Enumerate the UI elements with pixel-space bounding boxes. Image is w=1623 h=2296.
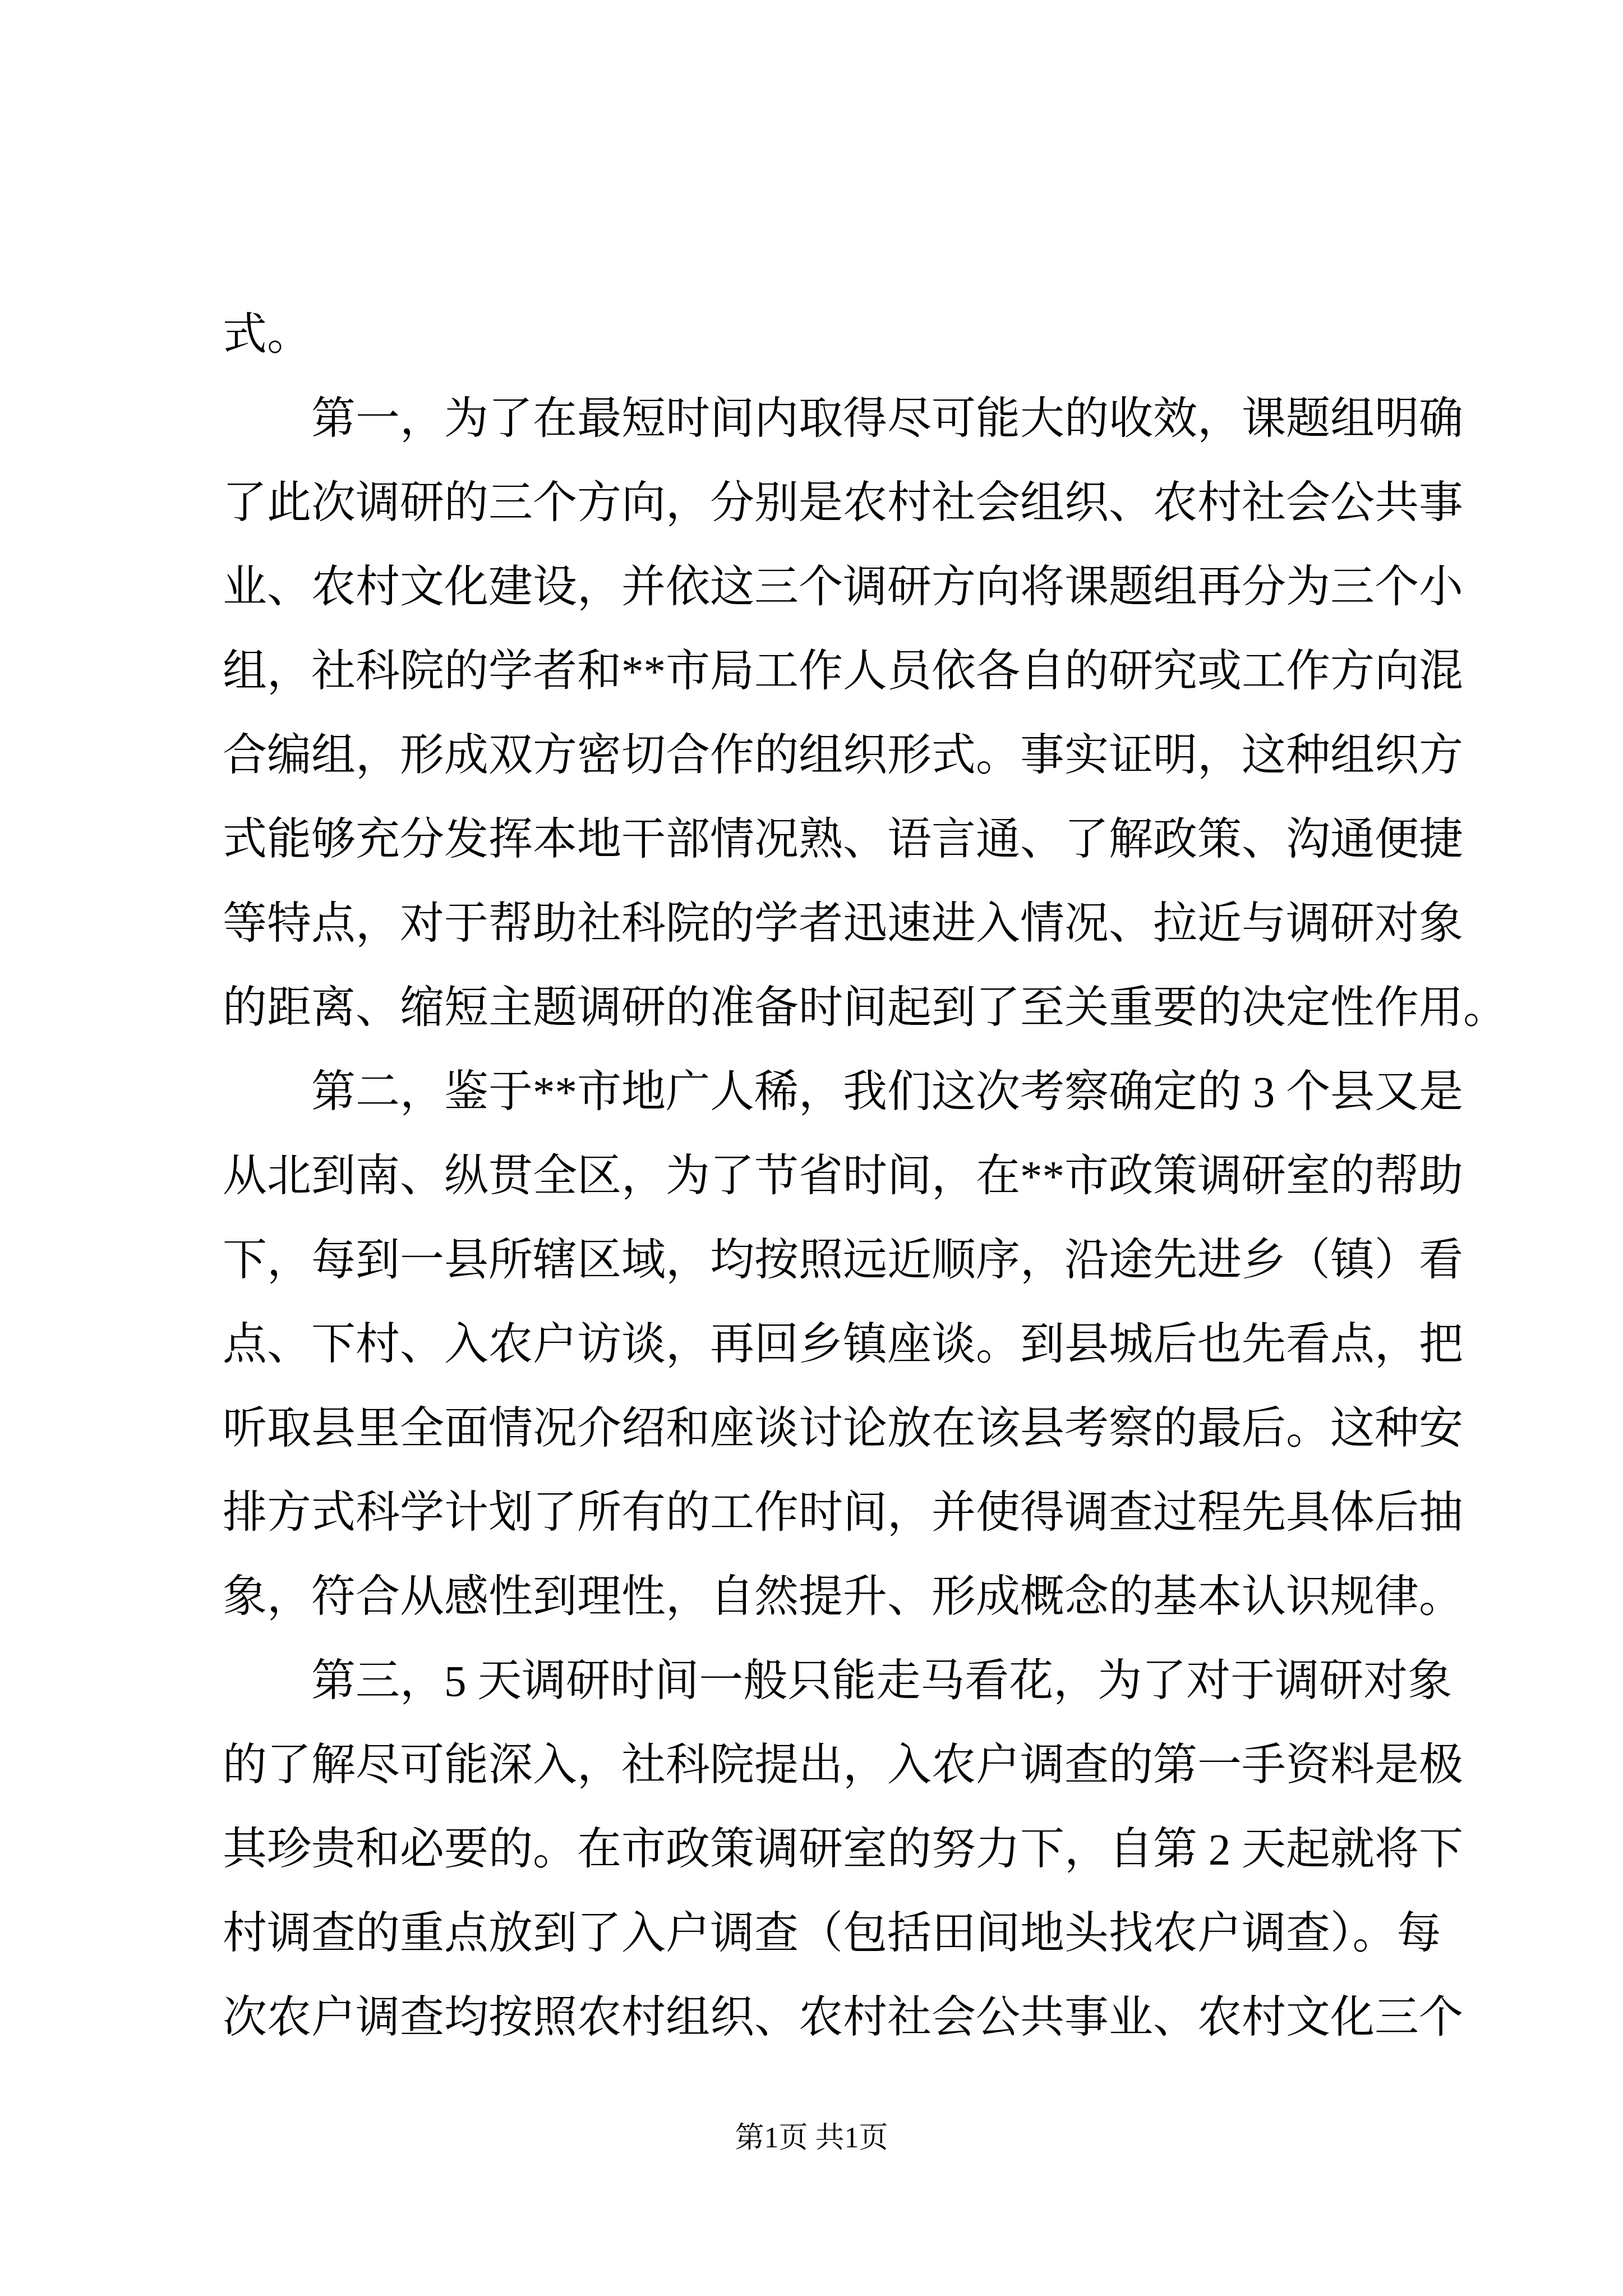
text-line-19: 其珍贵和必要的。在市政策调研室的努力下，自第 2 天起就将下 bbox=[223, 1808, 1469, 1892]
document-body: 式。第一，为了在最短时间内取得尽可能大的收效，课题组明确了此次调研的三个方向，分… bbox=[223, 293, 1469, 2060]
text-line-18: 的了解尽可能深入，社科院提出，入农户调查的第一手资料是极 bbox=[223, 1724, 1469, 1808]
text-line-16: 象，符合从感性到理性，自然提升、形成概念的基本认识规律。 bbox=[223, 1556, 1469, 1640]
text-line-5: 组，社科院的学者和**市局工作人员依各自的研究或工作方向混 bbox=[223, 630, 1469, 714]
text-line-17: 第三，5 天调研时间一般只能走马看花，为了对于调研对象 bbox=[223, 1640, 1469, 1724]
text-line-11: 从北到南、纵贯全区，为了节省时间，在**市政策调研室的帮助 bbox=[223, 1135, 1469, 1219]
text-line-12: 下，每到一县所辖区域，均按照远近顺序，沿途先进乡（镇）看 bbox=[223, 1219, 1469, 1303]
text-line-3: 了此次调研的三个方向，分别是农村社会组织、农村社会公共事 bbox=[223, 462, 1469, 546]
document-page: 式。第一，为了在最短时间内取得尽可能大的收效，课题组明确了此次调研的三个方向，分… bbox=[0, 0, 1623, 2296]
text-line-13: 点、下村、入农户访谈，再回乡镇座谈。到县城后也先看点，把 bbox=[223, 1303, 1469, 1387]
text-line-7: 式能够充分发挥本地干部情况熟、语言通、了解政策、沟通便捷 bbox=[223, 798, 1469, 882]
page-footer: 第1页 共1页 bbox=[0, 2116, 1623, 2161]
text-line-6: 合编组，形成双方密切合作的组织形式。事实证明，这种组织方 bbox=[223, 714, 1469, 798]
text-line-8: 等特点，对于帮助社科院的学者迅速进入情况、拉近与调研对象 bbox=[223, 882, 1469, 967]
text-line-20: 村调查的重点放到了入户调查（包括田间地头找农户调查）。每 bbox=[223, 1892, 1469, 1976]
text-line-2: 第一，为了在最短时间内取得尽可能大的收效，课题组明确 bbox=[223, 378, 1469, 462]
text-line-4: 业、农村文化建设，并依这三个调研方向将课题组再分为三个小 bbox=[223, 546, 1469, 630]
text-line-9: 的距离、缩短主题调研的准备时间起到了至关重要的决定性作用。 bbox=[223, 967, 1469, 1051]
text-line-10: 第二，鉴于**市地广人稀，我们这次考察确定的 3 个县又是 bbox=[223, 1051, 1469, 1135]
text-line-15: 排方式科学计划了所有的工作时间，并使得调查过程先具体后抽 bbox=[223, 1471, 1469, 1556]
text-line-21: 次农户调查均按照农村组织、农村社会公共事业、农村文化三个 bbox=[223, 1976, 1469, 2060]
text-line-14: 听取县里全面情况介绍和座谈讨论放在该县考察的最后。这种安 bbox=[223, 1387, 1469, 1471]
text-line-1: 式。 bbox=[223, 293, 1469, 378]
